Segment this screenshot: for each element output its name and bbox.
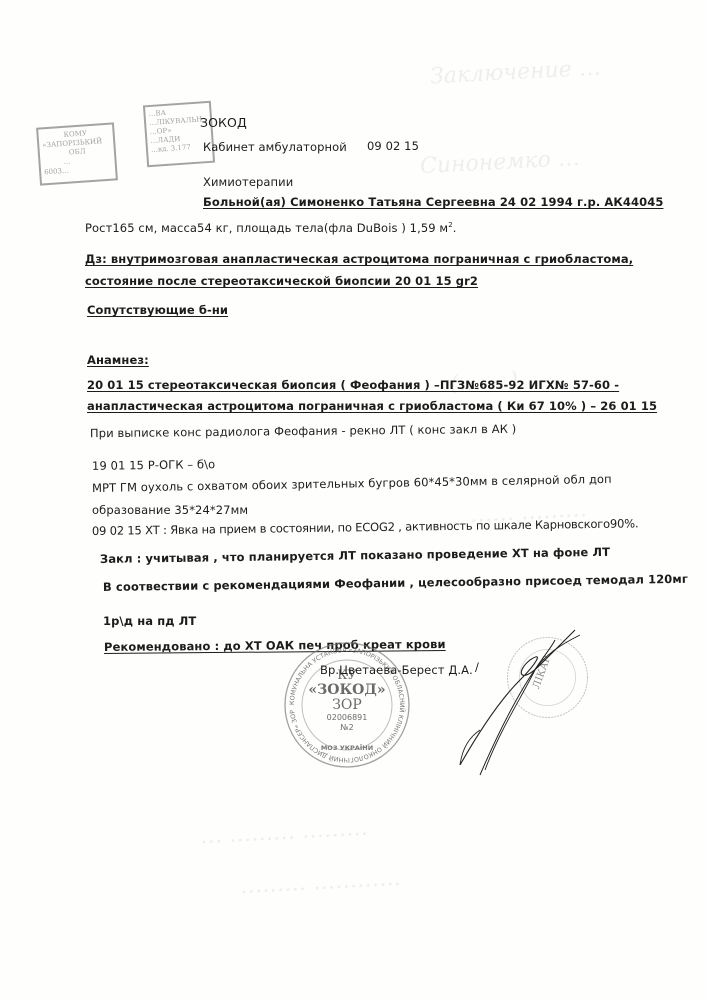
comorbidities-heading: Сопутствующие б-ни	[87, 303, 228, 317]
anamnesis-radiology-consult: При выписке конс радиолога Феофания - ре…	[90, 422, 516, 440]
show-through-handwriting: ……… …………	[239, 866, 401, 899]
stamp-text: МОЗ УКРАЇНИ	[282, 744, 412, 752]
show-through-handwriting: Заключение …	[429, 56, 601, 90]
punctuation: .	[453, 221, 457, 235]
conclusion-line-2: В соотвествии с рекомендациями Феофании …	[103, 572, 688, 594]
anthropometry-line: Рост165 см, масса54 кг, площадь тела(фла…	[85, 221, 457, 235]
diagnosis-line-2: состояние после стереотаксической биопси…	[85, 274, 478, 288]
anamnesis-chest-xray: 19 01 15 Р-ОГК – б\о	[92, 457, 215, 473]
anthropometry-text: Рост165 см, масса54 кг, площадь тела(фла…	[85, 221, 448, 235]
diagnosis-line-1: Дз: внутримозговая анапластическая астро…	[85, 252, 633, 266]
stamp-text: «ЗОКОД»	[282, 683, 412, 698]
cabinet-subtitle: Химиотерапии	[203, 175, 293, 189]
anamnesis-biopsy-line: 20 01 15 стереотаксическая биопсия ( Фео…	[87, 378, 619, 392]
stamp-text: 02006891	[282, 713, 412, 723]
stamp-text: ЗОР	[282, 698, 412, 713]
anamnesis-visit-status: 09 02 15 ХТ : Явка на прием в состоянии,…	[92, 516, 639, 538]
stamp-text: №2	[282, 723, 412, 733]
round-institution-stamp: КОМУНАЛЬНА УСТАНОВА «ЗАПОРІЗЬКИЙ ОБЛАСНИ…	[282, 640, 412, 770]
document-page: Заключение … Синонемко … (… …) …… ……… … …	[0, 0, 707, 1000]
anamnesis-mri-line-1: МРТ ГМ оухоль с охватом обоих зрительных…	[92, 472, 612, 495]
rect-stamp-right: …ВА …ЛІКУВАЛЬН …ОР» …ЛАДИ …вд. 3.177	[143, 101, 215, 168]
conclusion-line-3: 1р\д на пд ЛТ	[103, 614, 196, 628]
cabinet-title: Кабинет амбулаторной	[203, 140, 347, 154]
conclusion-line-1: Закл : учитывая , что планируется ЛТ пок…	[100, 545, 610, 566]
signature-scribble-icon	[450, 620, 600, 780]
anamnesis-mri-line-2: образование 35*24*27мм	[92, 503, 248, 517]
show-through-handwriting: … ……… ………	[199, 816, 368, 850]
anamnesis-histology-line: анапластическая астроцитома пограничная …	[87, 399, 657, 413]
document-date: 09 02 15	[367, 139, 419, 153]
anamnesis-heading: Анамнез:	[87, 353, 149, 367]
rect-stamp-left: КОМУ «ЗАПОРІЗЬКИЙ ОБЛ … 6003…	[36, 122, 118, 185]
show-through-handwriting: Синонемко …	[419, 146, 580, 179]
organization-name: ЗОКОД	[200, 115, 247, 130]
patient-line: Больной(ая) Симоненко Татьяна Сергеевна …	[203, 195, 663, 209]
